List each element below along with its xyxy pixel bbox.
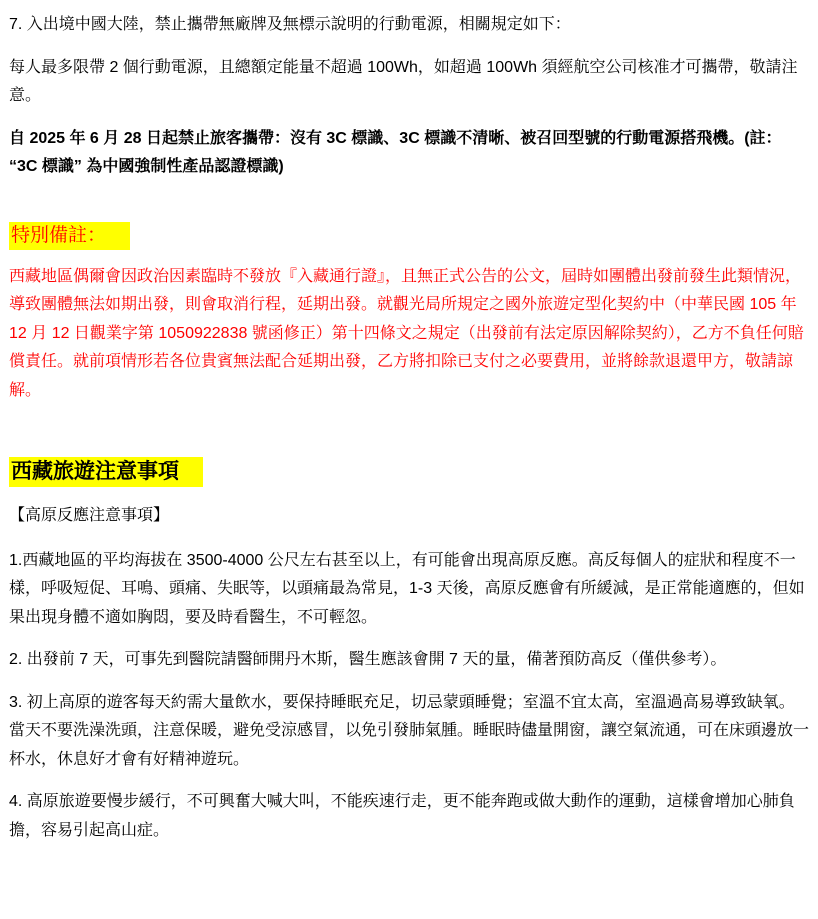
altitude-item-4: 4. 高原旅遊要慢步緩行，不可興奮大喊大叫，不能疾速行走，更不能奔跑或做大動作的… [9, 788, 809, 845]
special-note-title: 特別備註： [9, 222, 130, 250]
altitude-item-1: 1.西藏地區的平均海拔在 3500-4000 公尺左右甚至以上，有可能會出現高原… [9, 547, 809, 633]
paragraph-powerbank-limit: 每人最多限帶 2 個行動電源，且總額定能量不超過 100Wh，如超過 100Wh… [9, 54, 809, 111]
paragraph-3c-ban: 自 2025 年 6 月 28 日起禁止旅客攜帶：沒有 3C 標識、3C 標識不… [9, 125, 809, 182]
document-page: 7. 入出境中國大陸，禁止攜帶無廠牌及無標示說明的行動電源，相關規定如下： 每人… [0, 0, 818, 919]
altitude-item-3: 3. 初上高原的遊客每天約需大量飲水，要保持睡眠充足，切忌蒙頭睡覺；室溫不宜太高… [9, 689, 809, 775]
tibet-notes-title: 西藏旅遊注意事項 [9, 457, 203, 487]
paragraph-item-7: 7. 入出境中國大陸，禁止攜帶無廠牌及無標示說明的行動電源，相關規定如下： [9, 11, 809, 40]
altitude-item-2: 2. 出發前 7 天，可事先到醫院請醫師開丹木斯，醫生應該會開 7 天的量，備著… [9, 646, 809, 675]
paragraph-special-note-body: 西藏地區偶爾會因政治因素臨時不發放『入藏通行證』，且無正式公告的公文，屆時如團體… [9, 263, 809, 406]
tibet-notes-heading: 西藏旅遊注意事項 [9, 460, 809, 484]
special-note-heading: 特別備註： [9, 225, 809, 247]
altitude-section-heading: 【高原反應注意事項】 [9, 502, 809, 531]
